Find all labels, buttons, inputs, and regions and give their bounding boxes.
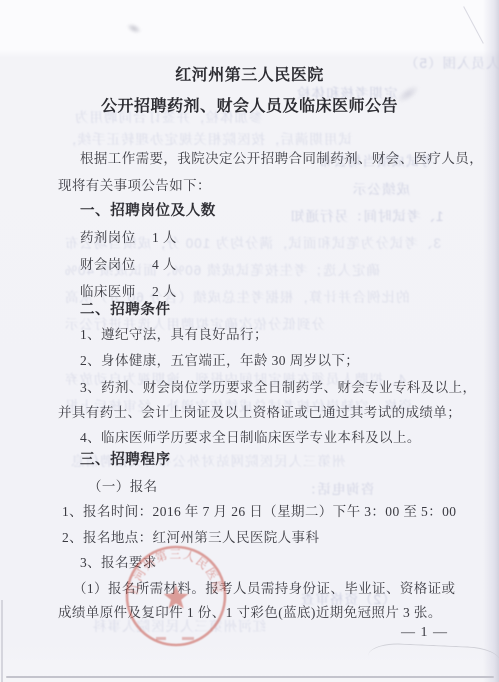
page-bottom-edge: [6, 676, 494, 678]
section2-heading: 二、招聘条件: [80, 298, 171, 319]
position-row-clinician: 临床医师 2 人: [80, 280, 136, 300]
scan-crease-line: [463, 6, 484, 44]
scan-smudge: [125, 21, 143, 36]
registration-place: 2、报名地点：红河州第三人民医院人事科: [62, 526, 319, 546]
registration-requirements: 3、报名要求: [80, 551, 157, 571]
bleedthrough-text: 1、考试时间：另行通知: [290, 205, 444, 225]
position-label: 财会岗位: [80, 257, 136, 272]
position-count: 1 人: [152, 226, 177, 246]
doc-title-line1: 红河州第三人民医院: [0, 62, 499, 85]
doc-title-line2: 公开招聘药剂、财会人员及临床医师公告: [0, 93, 499, 116]
condition-1: 1、遵纪守法，具有良好品行；: [80, 323, 268, 343]
position-row-pharmacy: 药剂岗位 1 人: [80, 226, 136, 246]
condition-4: 4、临床医师学历要求全日制临床医学专业本科及以上。: [80, 426, 421, 446]
position-row-finance: 财会岗位 4 人: [80, 253, 136, 273]
condition-2: 2、身体健康，五官端正，年龄 30 周岁以下；: [80, 349, 359, 369]
intro-line2: 现将有关事项公告如下：: [58, 174, 211, 194]
page-corner-curl: [367, 642, 499, 675]
bleedthrough-text: 咨询电话：: [302, 478, 375, 498]
condition-3-line1: 3、药剂、财会岗位学历要求全日制药学、财会专业专科及以上，: [80, 376, 476, 396]
position-label: 药剂岗位: [80, 230, 136, 245]
scanned-document-page: 人员入围（5） 定期考核和体检 参加体检，并签订合同聘用为 试用期满后，按医院相…: [0, 0, 499, 682]
subsection-registration: （一）报名: [88, 475, 158, 495]
required-materials-line1: （1）报名所需材料。报考人员需持身份证、毕业证、资格证或: [73, 577, 455, 597]
seal-bottom-mark: [182, 637, 194, 640]
section1-heading: 一、招聘岗位及人数: [80, 199, 216, 220]
position-label: 临床医师: [80, 284, 136, 299]
page-number: — 1 —: [401, 625, 448, 641]
seal-bottom-mark: [156, 637, 166, 640]
bleedthrough-text: 试用期满后，按医院相关规定办理转正手续，: [62, 128, 352, 148]
page-left-edge: [1, 600, 3, 682]
section3-heading: 三、招聘程序: [80, 448, 171, 469]
intro-line1: 根据工作需要，我院决定公开招聘合同制药剂、财会、医疗人员，: [80, 147, 483, 167]
condition-3-line2: 并具有药士、会计上岗证及以上资格证或已通过其考试的成绩单；: [58, 401, 461, 421]
required-materials-line2: 成绩单原件及复印件 1 份、1 寸彩色(蓝底)近期免冠照片 3 张。: [58, 601, 442, 621]
bleedthrough-text: 成绩公示: [352, 178, 410, 198]
position-count: 2 人: [152, 280, 177, 300]
position-count: 4 人: [152, 253, 177, 273]
registration-time: 1、报名时间：2016 年 7 月 26 日（星期二）下午 3：00 至 5：0…: [62, 500, 456, 520]
